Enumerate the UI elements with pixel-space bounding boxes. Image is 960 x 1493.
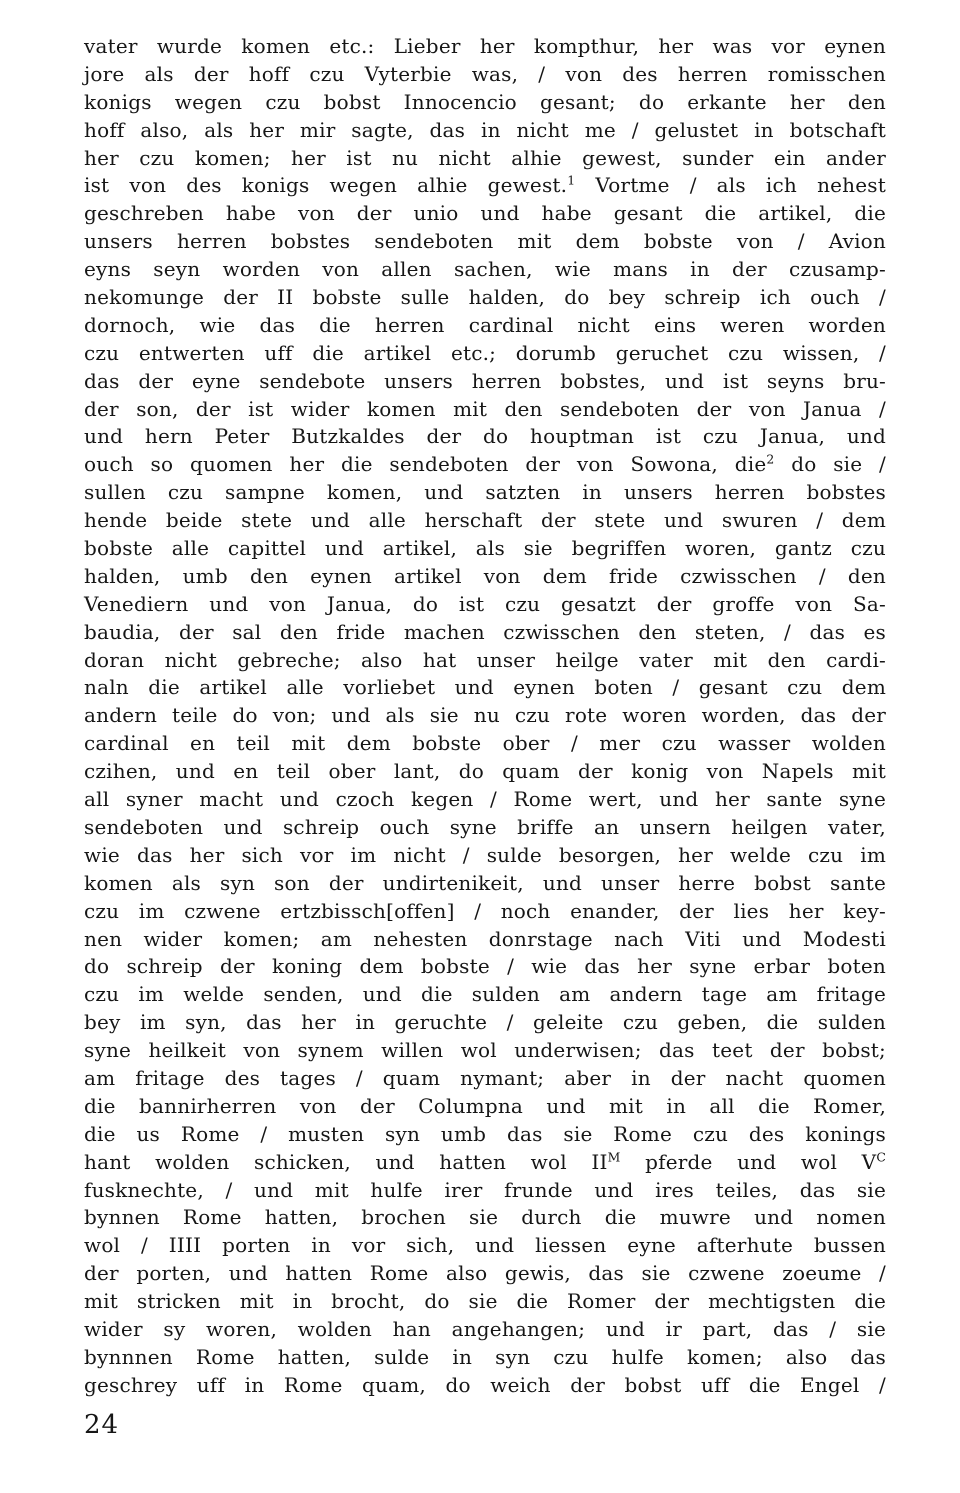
body-text: vater wurde komen etc.: Lieber her kompt… bbox=[84, 33, 886, 1400]
text-line: bynnen Rome hatten, brochen sie durch di… bbox=[84, 1204, 886, 1232]
text-line: mit stricken mit in brocht, do sie die R… bbox=[84, 1288, 886, 1316]
text-line: Venediern und von Janua, do ist czu gesa… bbox=[84, 591, 886, 619]
text-line: halden, umb den eynen artikel von dem fr… bbox=[84, 563, 886, 591]
text-line: fusknechte, / und mit hulfe irer frunde … bbox=[84, 1177, 886, 1205]
text-line: hende beide stete und alle herschaft der… bbox=[84, 507, 886, 535]
text-line: geschrey uff in Rome quam, do weich der … bbox=[84, 1372, 886, 1400]
text-line: sendeboten und schreip ouch syne briffe … bbox=[84, 814, 886, 842]
text-line: nekomunge der II bobste sulle halden, do… bbox=[84, 284, 886, 312]
text-line: ist von des konigs wegen alhie gewest.1 … bbox=[84, 172, 886, 200]
text-line: jore als der hoff czu Vyterbie was, / vo… bbox=[84, 61, 886, 89]
text-line: bynnnen Rome hatten, sulde in syn czu hu… bbox=[84, 1344, 886, 1372]
text-line: am fritage des tages / quam nymant; aber… bbox=[84, 1065, 886, 1093]
text-line: und hern Peter Butzkaldes der do houptma… bbox=[84, 423, 886, 451]
text-line: cardinal en teil mit dem bobste ober / m… bbox=[84, 730, 886, 758]
text-line: bey im syn, das her in geruchte / geleit… bbox=[84, 1009, 886, 1037]
text-line: das der eyne sendebote unsers herren bob… bbox=[84, 368, 886, 396]
text-line: wol / IIII porten in vor sich, und liess… bbox=[84, 1232, 886, 1260]
text-line: komen als syn son der undirtenikeit, und… bbox=[84, 870, 886, 898]
text-line: czu im czwene ertzbissch[offen] / noch e… bbox=[84, 898, 886, 926]
text-line: czihen, und en teil ober lant, do quam d… bbox=[84, 758, 886, 786]
text-line: baudia, der sal den fride machen czwissc… bbox=[84, 619, 886, 647]
text-line: konigs wegen czu bobst Innocencio gesant… bbox=[84, 89, 886, 117]
text-line: her czu komen; her ist nu nicht alhie ge… bbox=[84, 145, 886, 173]
text-line: die bannirherren von der Columpna und mi… bbox=[84, 1093, 886, 1121]
text-line: die us Rome / musten syn umb das sie Rom… bbox=[84, 1121, 886, 1149]
text-line: hant wolden schicken, und hatten wol IIM… bbox=[84, 1149, 886, 1177]
text-line: syne heilkeit von synem willen wol under… bbox=[84, 1037, 886, 1065]
text-line: ouch so quomen her die sendeboten der vo… bbox=[84, 451, 886, 479]
text-line: czu entwerten uff die artikel etc.; doru… bbox=[84, 340, 886, 368]
text-line: bobste alle capittel und artikel, als si… bbox=[84, 535, 886, 563]
text-line: nen wider komen; am nehesten donrstage n… bbox=[84, 926, 886, 954]
document-page: vater wurde komen etc.: Lieber her kompt… bbox=[0, 0, 960, 1493]
text-line: vater wurde komen etc.: Lieber her kompt… bbox=[84, 33, 886, 61]
text-line: eyns seyn worden von allen sachen, wie m… bbox=[84, 256, 886, 284]
text-line: sullen czu sampne komen, und satzten in … bbox=[84, 479, 886, 507]
text-line: andern teile do von; und als sie nu czu … bbox=[84, 702, 886, 730]
text-line: all syner macht und czoch kegen / Rome w… bbox=[84, 786, 886, 814]
text-line: do schreip der koning dem bobste / wie d… bbox=[84, 953, 886, 981]
page-number: 24 bbox=[84, 1410, 119, 1440]
text-line: wider sy woren, wolden han angehangen; u… bbox=[84, 1316, 886, 1344]
text-line: der son, der ist wider komen mit den sen… bbox=[84, 396, 886, 424]
text-line: naln die artikel alle vorliebet und eyne… bbox=[84, 674, 886, 702]
text-line: czu im welde senden, und die sulden am a… bbox=[84, 981, 886, 1009]
text-line: wie das her sich vor im nicht / sulde be… bbox=[84, 842, 886, 870]
text-line: unsers herren bobstes sendeboten mit dem… bbox=[84, 228, 886, 256]
text-line: hoff also, als her mir sagte, das in nic… bbox=[84, 117, 886, 145]
text-line: geschreben habe von der unio und habe ge… bbox=[84, 200, 886, 228]
text-line: der porten, und hatten Rome also gewis, … bbox=[84, 1260, 886, 1288]
text-line: doran nicht gebreche; also hat unser hei… bbox=[84, 647, 886, 675]
text-line: dornoch, wie das die herren cardinal nic… bbox=[84, 312, 886, 340]
